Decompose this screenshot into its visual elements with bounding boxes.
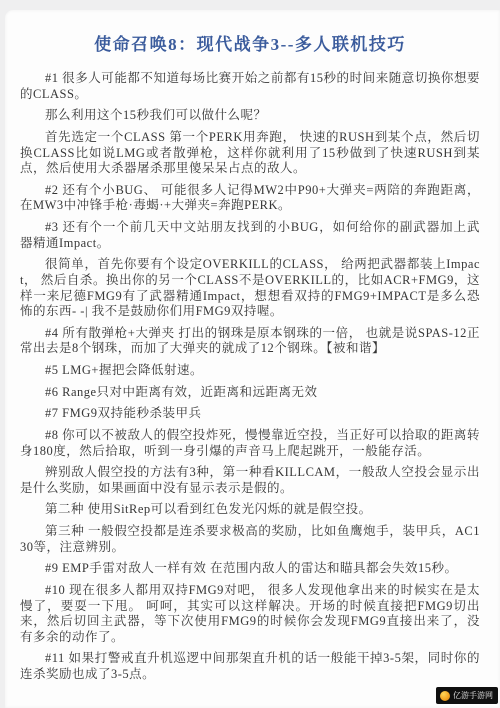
paragraph: 第二种 使用SitRep可以看到红色发光闪烁的就是假空投。 [20, 502, 480, 518]
paragraph: #3 还有个一个前几天中文站朋友找到的小BUG，如何给你的副武器加上武器精通Im… [20, 220, 480, 251]
paragraph: 辨别敌人假空投的方法有3种，第一种看KILLCAM，一般敌人空投会显示出是什么奖… [20, 465, 480, 496]
paragraph: 很简单，首先你要有个设定OVERKILL的CLASS， 给两把武器都装上Impa… [20, 257, 480, 320]
paragraph: #11 如果打警戒直升机巡逻中间那架直升机的话一般能干掉3-5架，同时你的连杀奖… [20, 651, 480, 682]
paragraph: #9 EMP手雷对敌人一样有效 在范围内敌人的雷达和瞄具都会失效15秒。 [20, 561, 480, 577]
paragraph: #2 还有个小BUG、 可能很多人记得MW2中P90+大弹夹=两陪的奔跑距离，在… [20, 183, 480, 214]
paragraph: #1 很多人可能都不知道每场比赛开始之前都有15秒的时间来随意切换你想要的CLA… [20, 71, 480, 102]
paragraph: 第三种 一般假空投都是连杀要求极高的奖励，比如鱼鹰炮手，装甲兵，AC130等，注… [20, 524, 480, 555]
paragraph: #7 FMG9双持能秒杀装甲兵 [20, 406, 480, 422]
paragraph: #4 所有散弹枪+大弹夹 打出的钢珠是原本钢珠的一倍， 也就是说SPAS-12正… [20, 326, 480, 357]
watermark-badge: 亿游手游网 [436, 687, 498, 704]
document-sheet: 使命召唤8：现代战争3--多人联机技巧 #1 很多人可能都不知道每场比赛开始之前… [5, 10, 500, 708]
article-body: #1 很多人可能都不知道每场比赛开始之前都有15秒的时间来随意切换你想要的CLA… [20, 71, 480, 683]
paragraph: #10 现在很多人都用双持FMG9对吧， 很多人发现他拿出来的时候实在是太慢了，… [20, 583, 480, 646]
paragraph: 首先选定一个CLASS 第一个PERK用奔跑， 快速的RUSH到某个点，然后切换… [20, 130, 480, 177]
paragraph: #5 LMG+握把会降低射速。 [20, 363, 480, 379]
paragraph: #8 你可以不被敌人的假空投炸死，慢慢靠近空投，当正好可以拾取的距离转身180度… [20, 428, 480, 459]
paragraph: 那么利用这个15秒我们可以做什么呢？ [20, 108, 480, 124]
article-title: 使命召唤8：现代战争3--多人联机技巧 [20, 30, 480, 55]
watermark-text: 亿游手游网 [453, 692, 493, 700]
burger-logo-icon [440, 691, 450, 701]
page-background: 使命召唤8：现代战争3--多人联机技巧 #1 很多人可能都不知道每场比赛开始之前… [0, 0, 500, 708]
paragraph: #6 Range只对中距离有效，近距离和远距离无效 [20, 385, 480, 401]
